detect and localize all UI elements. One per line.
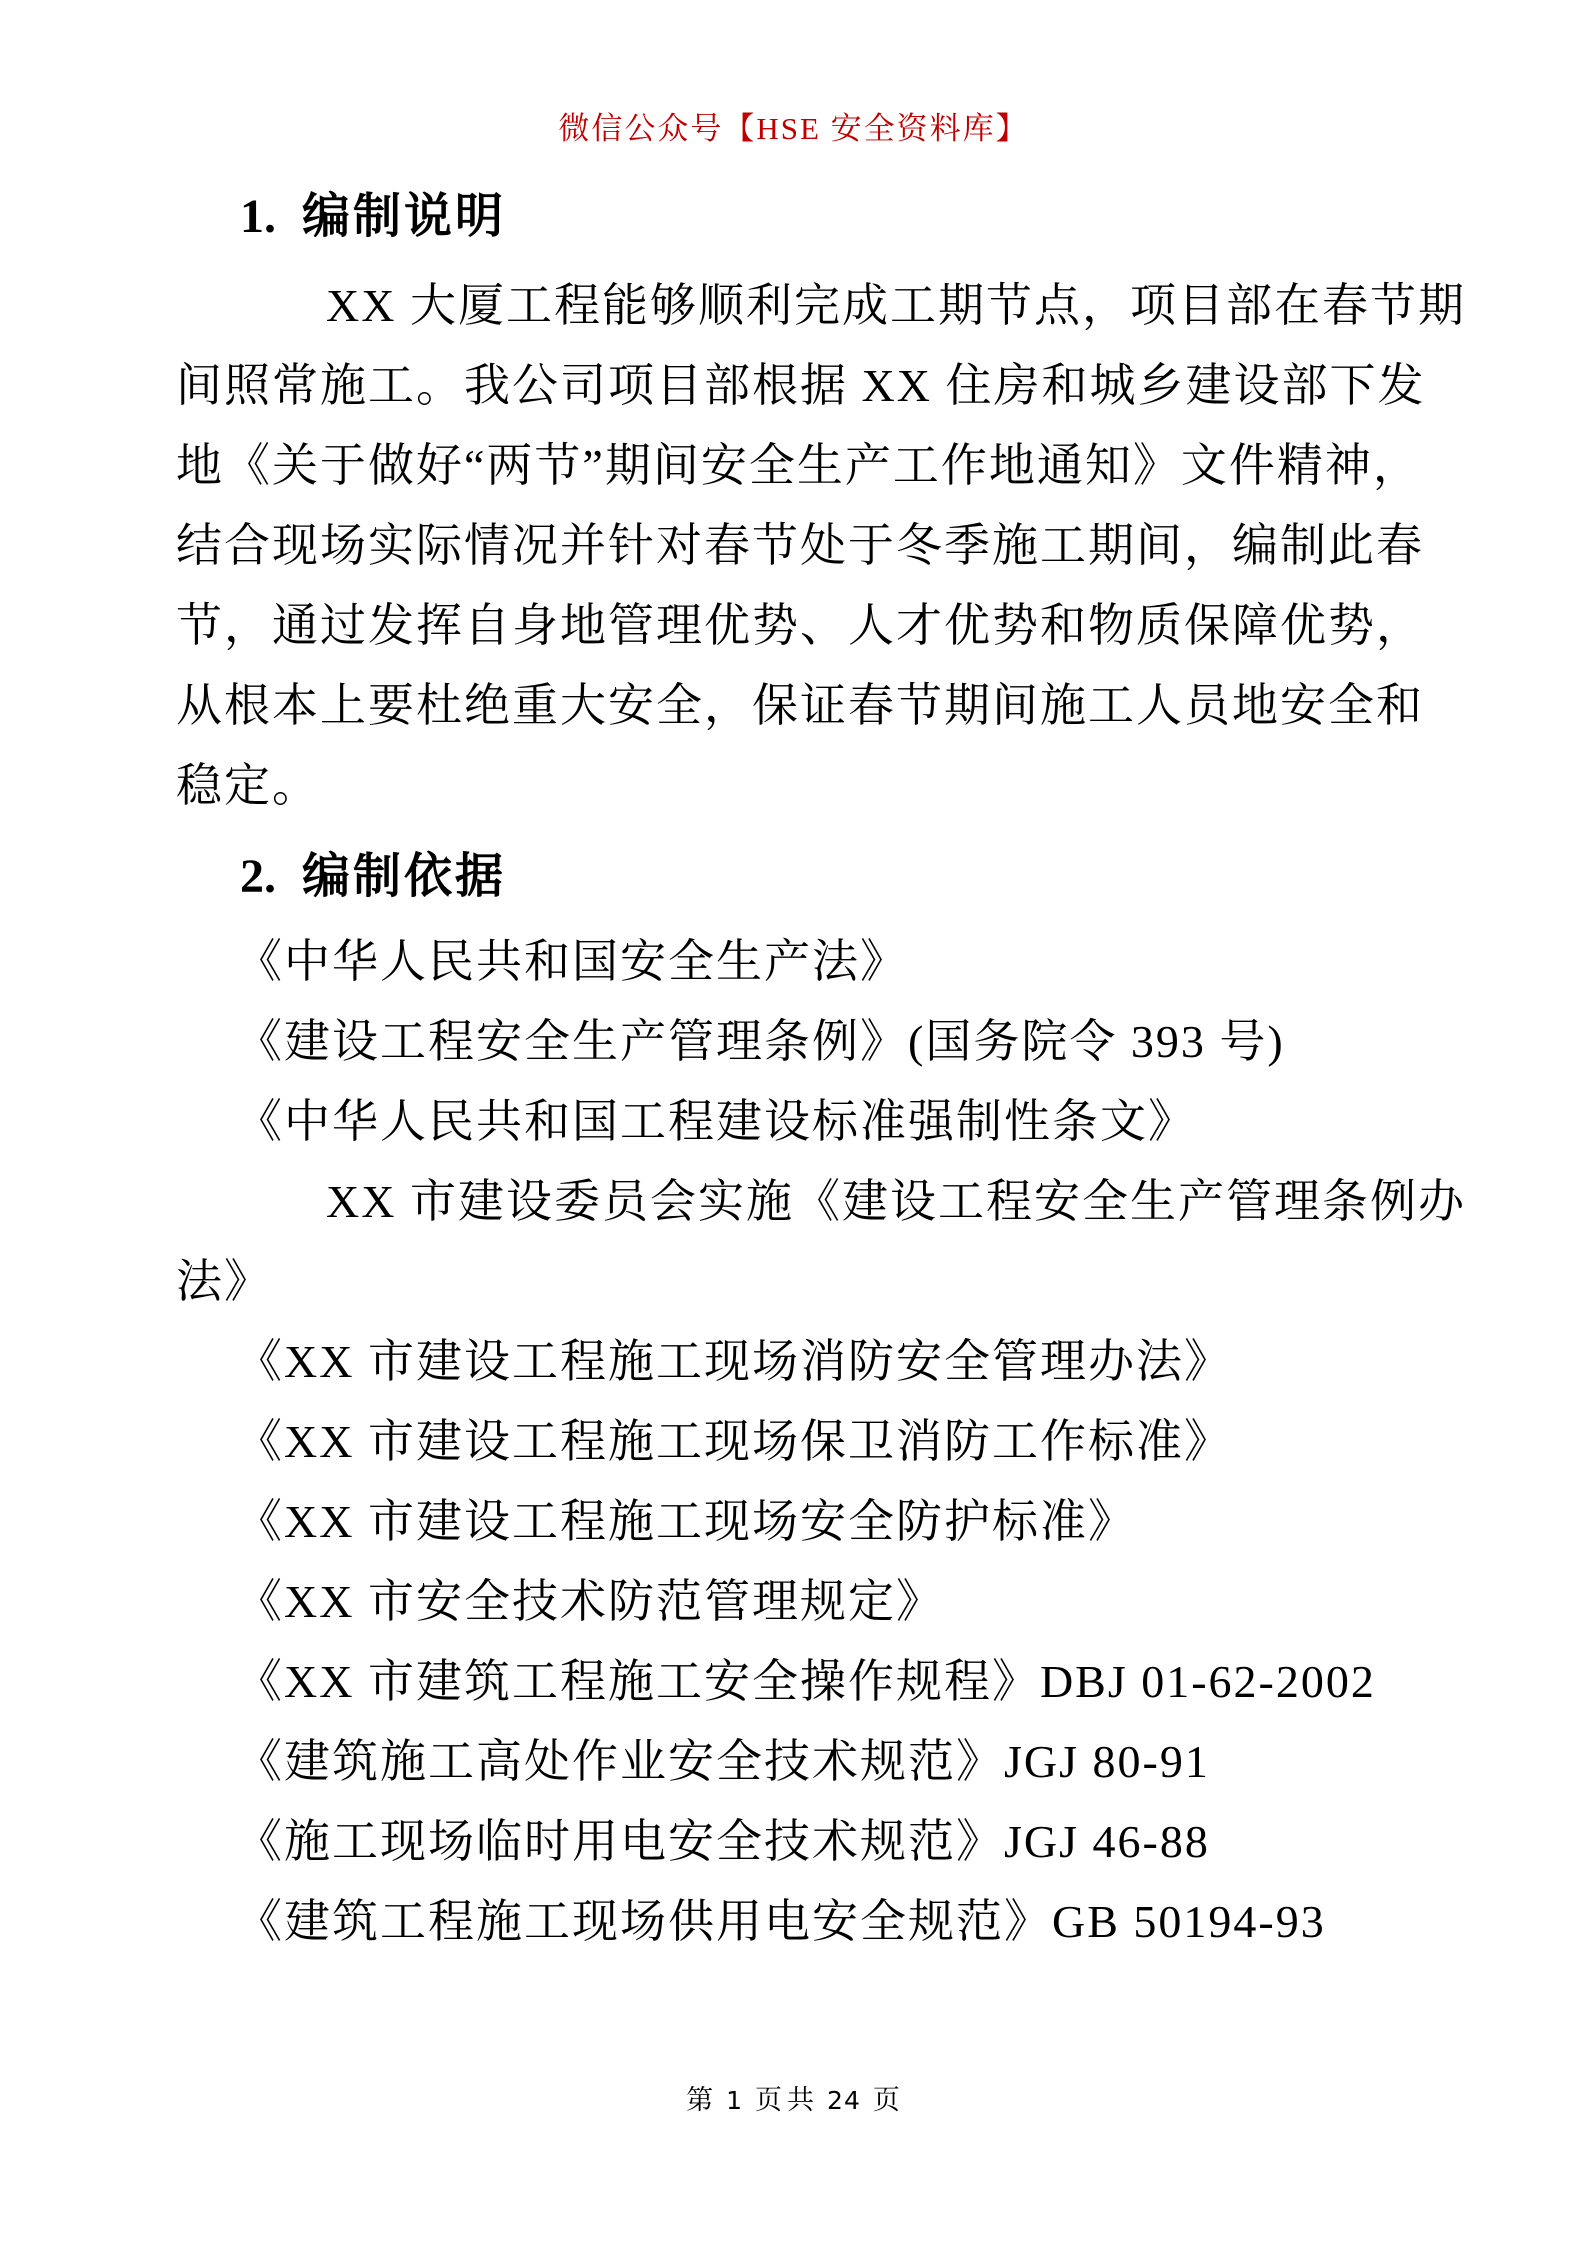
reference-line: 《XX 市建设工程施工现场保卫消防工作标准》 bbox=[176, 1402, 1426, 1482]
footer-label-gong: 共 bbox=[785, 2085, 817, 2115]
reference-line: 《中华人民共和国安全生产法》 bbox=[176, 922, 1426, 1002]
paragraph-line: 地《关于做好“两节”期间安全生产工作地通知》文件精神， bbox=[176, 426, 1426, 506]
section-heading-1: 1.编制说明 bbox=[176, 182, 1426, 252]
reference-line: 《XX 市安全技术防范管理规定》 bbox=[176, 1562, 1426, 1642]
reference-line: 《中华人民共和国工程建设标准强制性条文》 bbox=[176, 1082, 1426, 1162]
footer-label-ye1: 页 bbox=[753, 2085, 785, 2115]
section-2-number: 2. bbox=[240, 850, 276, 903]
reference-line: 《建设工程安全生产管理条例》(国务院令 393 号) bbox=[176, 1002, 1426, 1082]
section-1-number: 1. bbox=[240, 190, 276, 243]
reference-line: 《建筑施工高处作业安全技术规范》JGJ 80-91 bbox=[176, 1722, 1426, 1802]
footer-page-number: 1 bbox=[716, 2086, 753, 2115]
reference-line: 《施工现场临时用电安全技术规范》JGJ 46-88 bbox=[176, 1802, 1426, 1882]
section-1-title: 编制说明 bbox=[302, 190, 506, 243]
reference-line: 法》 bbox=[176, 1242, 1426, 1322]
paragraph-line: 稳定。 bbox=[176, 746, 1426, 826]
document-page: 微信公众号【HSE 安全资料库】 1.编制说明 XX 大厦工程能够顺利完成工期节… bbox=[0, 0, 1587, 2245]
paragraph-line: 节，通过发挥自身地管理优势、人才优势和物质保障优势， bbox=[176, 586, 1426, 666]
section-2-title: 编制依据 bbox=[302, 850, 506, 903]
document-body: 1.编制说明 XX 大厦工程能够顺利完成工期节点，项目部在春节期 间照常施工。我… bbox=[176, 182, 1426, 1962]
reference-line: XX 市建设委员会实施《建设工程安全生产管理条例办 bbox=[176, 1162, 1426, 1242]
header-watermark: 微信公众号【HSE 安全资料库】 bbox=[0, 103, 1587, 148]
footer-total-pages: 24 bbox=[817, 2086, 871, 2115]
footer-label-di: 第 bbox=[684, 2085, 716, 2115]
reference-line: 《XX 市建筑工程施工安全操作规程》DBJ 01-62-2002 bbox=[176, 1642, 1426, 1722]
paragraph-line: 从根本上要杜绝重大安全，保证春节期间施工人员地安全和 bbox=[176, 666, 1426, 746]
footer-label-ye2: 页 bbox=[871, 2085, 903, 2115]
paragraph-line: 间照常施工。我公司项目部根据 XX 住房和城乡建设部下发 bbox=[176, 346, 1426, 426]
section-heading-2: 2.编制依据 bbox=[176, 842, 1426, 912]
reference-line: 《建筑工程施工现场供用电安全规范》GB 50194-93 bbox=[176, 1882, 1426, 1962]
reference-line: 《XX 市建设工程施工现场消防安全管理办法》 bbox=[176, 1322, 1426, 1402]
page-footer: 第1页共24页 bbox=[0, 2078, 1587, 2117]
reference-line: 《XX 市建设工程施工现场安全防护标准》 bbox=[176, 1482, 1426, 1562]
paragraph-line: 结合现场实际情况并针对春节处于冬季施工期间，编制此春 bbox=[176, 506, 1426, 586]
paragraph-line: XX 大厦工程能够顺利完成工期节点，项目部在春节期 bbox=[176, 266, 1426, 346]
